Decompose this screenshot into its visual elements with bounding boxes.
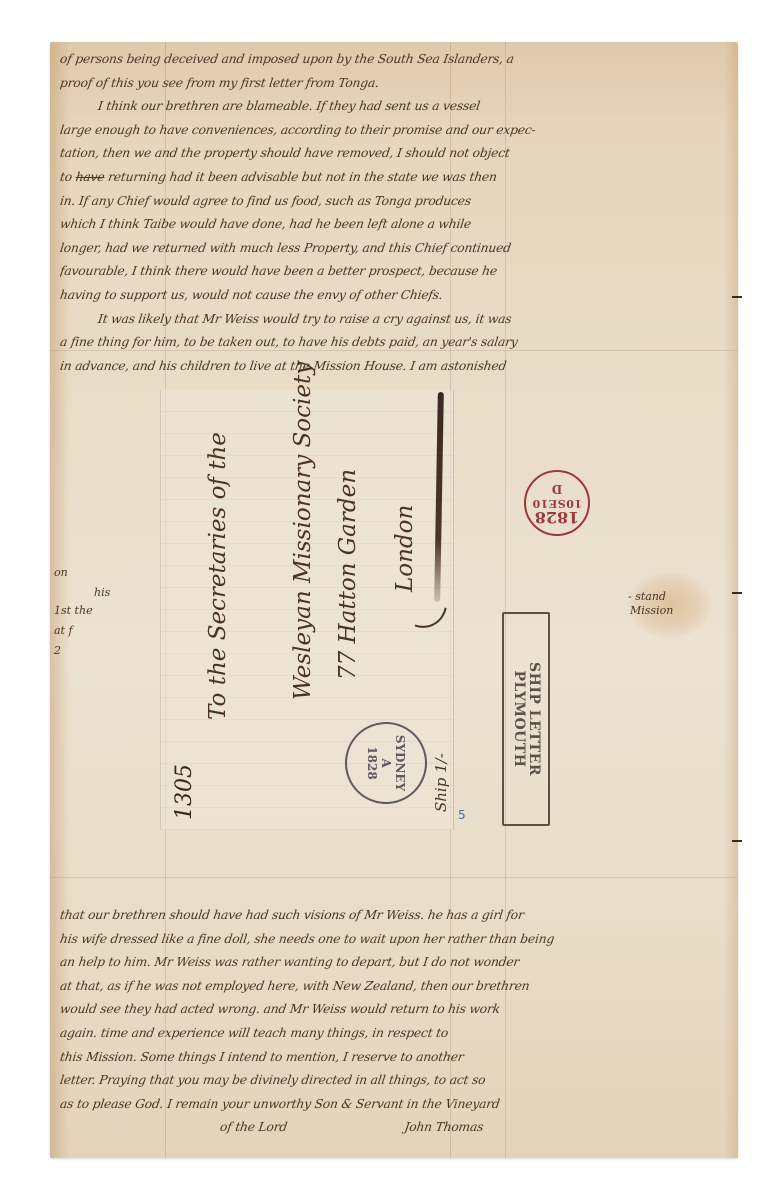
text-line: again. time and experience will teach ma… [60, 1022, 720, 1046]
text-line: his wife dressed like a fine doll, she n… [60, 928, 720, 952]
red-datestamp: 1828 10SE10 D [524, 470, 590, 536]
text-line: It was likely that Mr Weiss would try to… [60, 308, 720, 332]
stamp-date: 10SE10 [532, 496, 582, 510]
text-line: a fine thing for him, to be taken out, t… [60, 331, 720, 355]
text-line: in. If any Chief would agree to find us … [60, 190, 720, 214]
text-line: an help to him. Mr Weiss was rather want… [60, 951, 720, 975]
margin-note: on [54, 566, 68, 579]
letter-body-bottom: that our brethren should have had such v… [60, 904, 720, 1140]
edge-mark [732, 296, 742, 298]
stamp-year: 1828 [535, 510, 580, 524]
text-line: having to support us, would not cause th… [60, 284, 720, 308]
text-line: tation, then we and the property should … [60, 142, 720, 166]
stamp-line: SYDNEY [393, 735, 407, 791]
stamp-line: 1828 [365, 746, 379, 779]
address-line-1: To the Secretaries of the [205, 432, 231, 720]
text-line: to have returning had it been advisable … [60, 166, 720, 190]
edge-mark [732, 840, 742, 842]
text-line: in advance, and his children to live at … [60, 355, 720, 379]
text-line: I think our brethren are blameable. If t… [60, 95, 720, 119]
docket-number: 1305 [172, 764, 197, 820]
text-line: at that, as if he was not employed here,… [60, 975, 720, 999]
text-line: proof of this you see from my first lett… [60, 72, 720, 96]
text-line: of the Lord John Thomas [60, 1116, 720, 1140]
margin-note: 2 [54, 644, 61, 657]
text-line: letter. Praying that you may be divinely… [60, 1069, 720, 1093]
text-line: this Mission. Some things I intend to me… [60, 1046, 720, 1070]
edge-mark [732, 592, 742, 594]
seal-text: - stand Mission [620, 590, 673, 618]
text-line: would see they had acted wrong. and Mr W… [60, 998, 720, 1022]
text-line: that our brethren should have had such v… [60, 904, 720, 928]
round-postmark: SYDNEY A 1828 [345, 722, 427, 804]
margin-note: his [94, 586, 110, 599]
text-line: of persons being deceived and imposed up… [60, 48, 720, 72]
fold-line [50, 877, 738, 878]
address-line-2: Wesleyan Missionary Society [290, 362, 316, 700]
closing-line: of the Lord [219, 1120, 288, 1134]
stamp-line: SHIP LETTER [526, 662, 541, 776]
letter-body-top: of persons being deceived and imposed up… [60, 48, 720, 378]
text-line: favourable, I think there would have bee… [60, 260, 720, 284]
signature: John Thomas [404, 1120, 485, 1134]
blue-pencil-mark: 5 [458, 808, 466, 822]
margin-note: at f [54, 624, 73, 637]
margin-note: 1st the [54, 604, 93, 617]
text-line: which I think Taibe would have done, had… [60, 213, 720, 237]
text-line: as to please God. I remain your unworthy… [60, 1093, 720, 1117]
stamp-line: A [379, 758, 393, 767]
text-line: longer, had we returned with much less P… [60, 237, 720, 261]
postage-note: Ship 1/- [432, 753, 450, 812]
text-line: large enough to have conveniences, accor… [60, 119, 720, 143]
stamp-letter: D [552, 482, 562, 496]
stamp-line: PLYMOUTH [511, 662, 526, 776]
address-line-3: 77 Hatton Garden [335, 469, 361, 680]
ship-letter-stamp: SHIP LETTER PLYMOUTH [502, 612, 550, 826]
